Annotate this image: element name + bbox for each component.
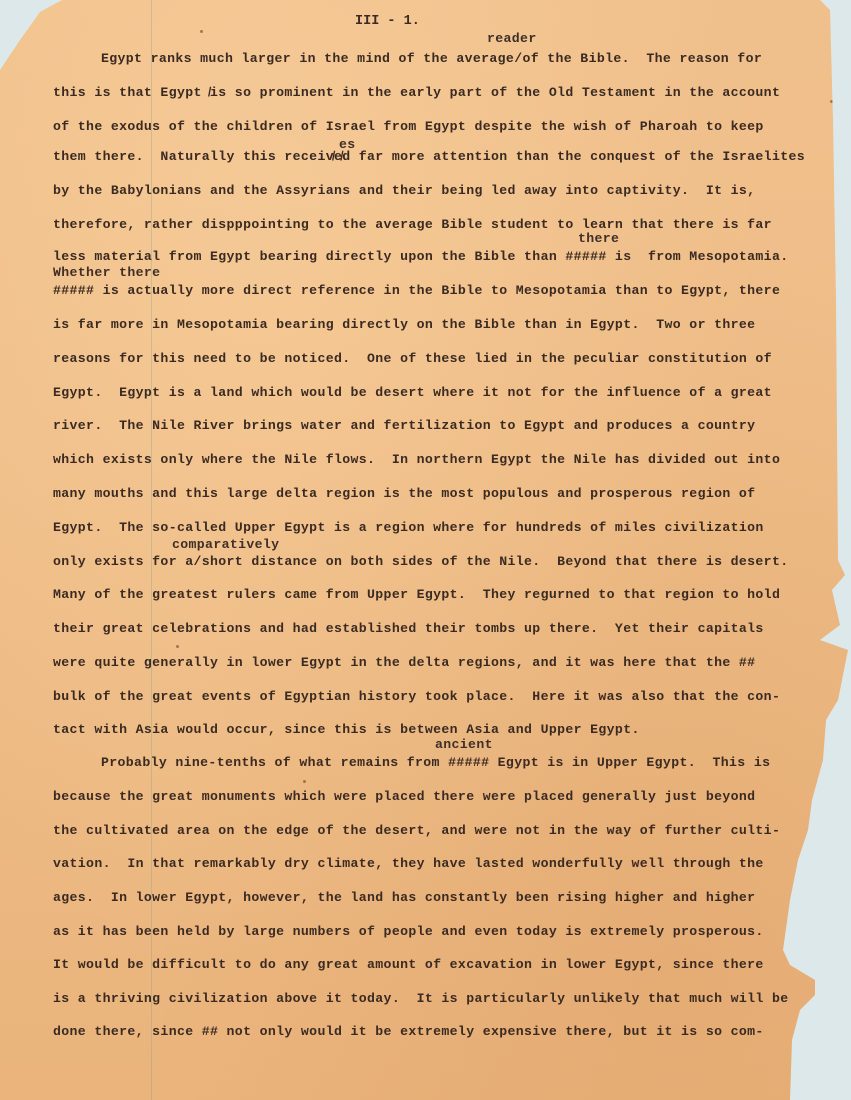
text-line: of the exodus of the children of Israel … xyxy=(53,120,764,134)
interline-insertion: ancient xyxy=(435,738,493,752)
text-line: Probably nine-tenths of what remains fro… xyxy=(101,756,770,770)
paper-speck xyxy=(200,30,203,33)
text-line: is far more in Mesopotamia bearing direc… xyxy=(53,318,755,332)
text-line: their great celebrations and had establi… xyxy=(53,622,764,636)
text-line: many mouths and this large delta region … xyxy=(53,487,755,501)
paper-speck xyxy=(303,780,306,783)
text-line: which exists only where the Nile flows. … xyxy=(53,453,780,467)
text-line: It would be difficult to do any great am… xyxy=(53,958,764,972)
text-line: therefore, rather dispppointing to the a… xyxy=(53,218,772,232)
text-line: vation. In that remarkably dry climate, … xyxy=(53,857,764,871)
text-line: done there, since ## not only would it b… xyxy=(53,1025,764,1039)
interline-insertion: Whether there xyxy=(53,266,160,280)
text-line: reasons for this need to be noticed. One… xyxy=(53,352,772,366)
text-line: bulk of the great events of Egyptian his… xyxy=(53,690,780,704)
page-number: III - 1. xyxy=(355,14,420,29)
text-line: the cultivated area on the edge of the d… xyxy=(53,824,780,838)
text-line: is a thriving civilization above it toda… xyxy=(53,992,788,1006)
text-line: river. The Nile River brings water and f… xyxy=(53,419,755,433)
paper-speck xyxy=(176,645,179,648)
text-line: ##### is actually more direct reference … xyxy=(53,284,780,298)
text-line: because the great monuments which were p… xyxy=(53,790,755,804)
text-line: Egypt. The so-called Upper Egypt is a re… xyxy=(53,521,764,535)
text-line: them there. Naturally this receiv̸e̸d fa… xyxy=(53,150,805,164)
text-line: ages. In lower Egypt, however, the land … xyxy=(53,891,755,905)
text-line: this is that Egypt ̸is so prominent in t… xyxy=(53,86,780,100)
interline-insertion: reader xyxy=(487,32,537,46)
text-line: Egypt ranks much larger in the mind of t… xyxy=(101,52,762,66)
typewritten-page: III - 1. reader es there Whether there c… xyxy=(0,0,851,1100)
paper-speck xyxy=(604,1000,607,1003)
text-line: as it has been held by large numbers of … xyxy=(53,925,764,939)
text-line: Egypt. Egypt is a land which would be de… xyxy=(53,386,772,400)
interline-insertion: comparatively xyxy=(172,538,279,552)
text-line: tact with Asia would occur, since this i… xyxy=(53,723,640,737)
text-line: Many of the greatest rulers came from Up… xyxy=(53,588,780,602)
text-line: less material from Egypt bearing directl… xyxy=(53,250,788,264)
text-line: only exists for a/short distance on both… xyxy=(53,555,788,569)
paper-speck xyxy=(830,100,833,103)
text-line: by the Babylonians and the Assyrians and… xyxy=(53,184,755,198)
interline-insertion: there xyxy=(578,232,619,246)
text-line: were quite generally in lower Egypt in t… xyxy=(53,656,755,670)
